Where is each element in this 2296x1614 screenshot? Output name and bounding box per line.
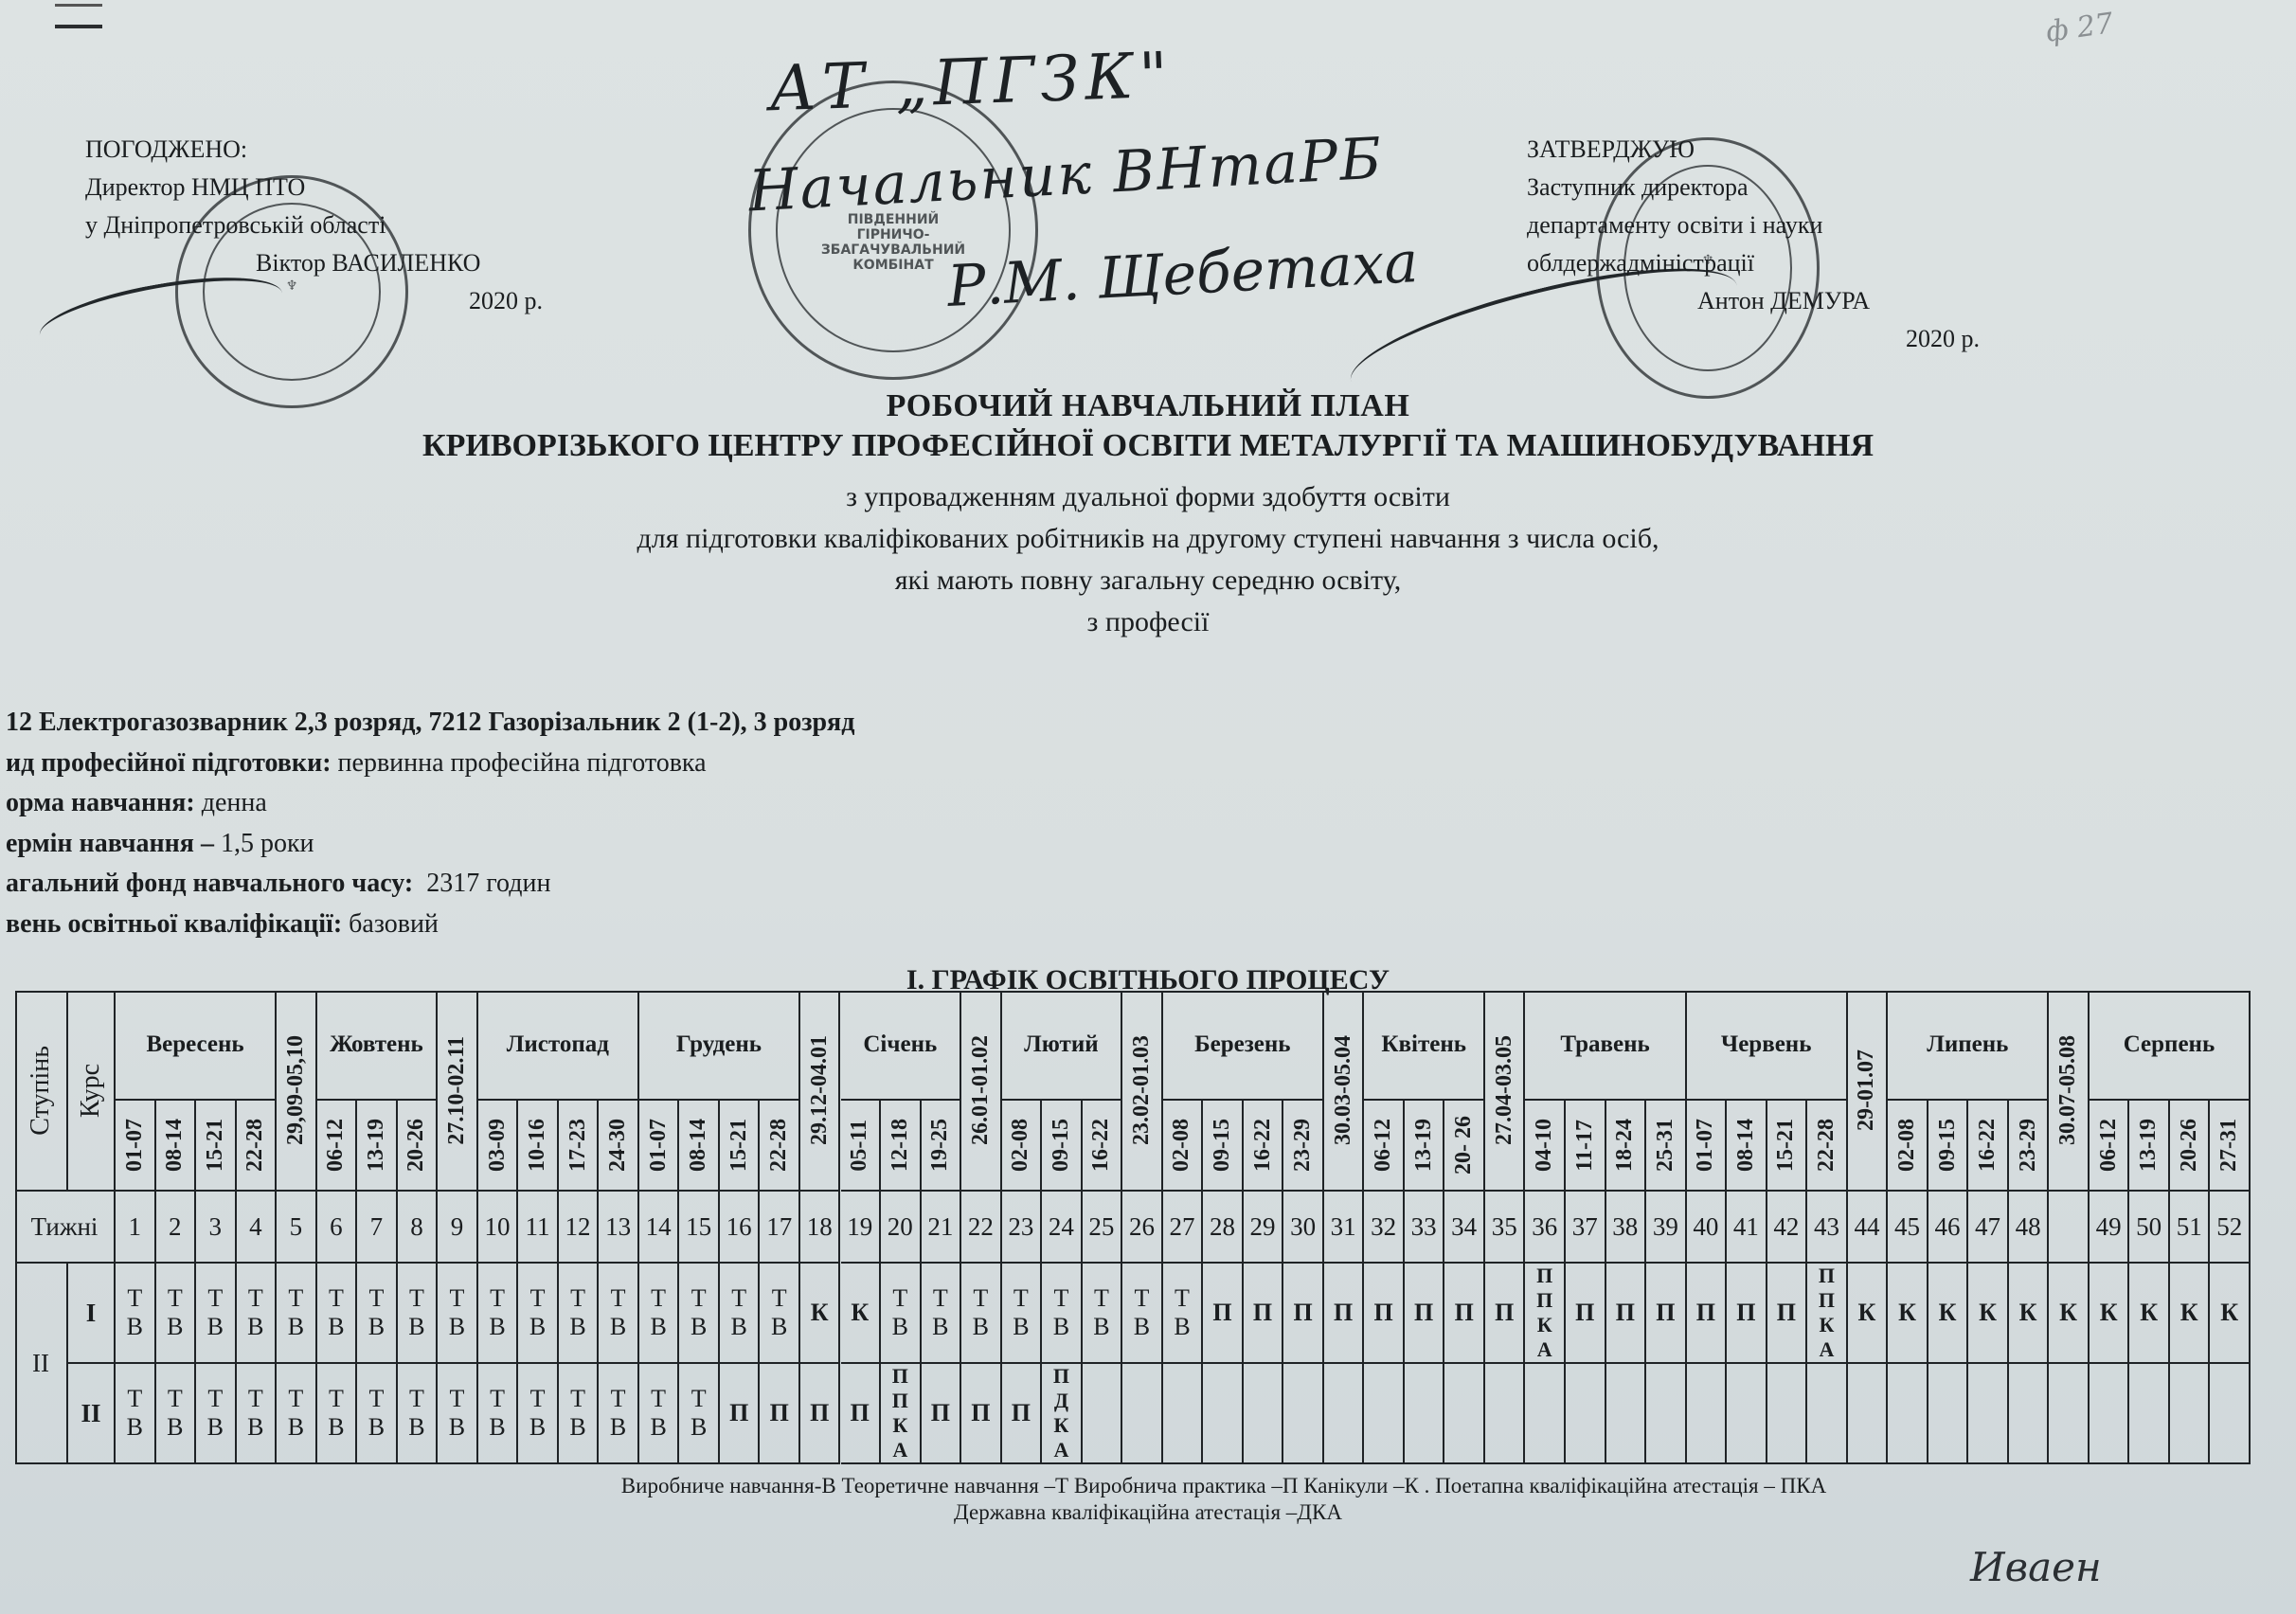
month-header: Липень [1888,991,2049,1101]
qualification-label: вень освітньої кваліфікації: [6,909,342,939]
schedule-cell: ТВ [398,1264,439,1364]
schedule-cell: К [1928,1264,1969,1364]
activity-code: П [810,1399,829,1427]
schedule-cell: П [922,1364,962,1464]
activity-code: Т [127,1284,142,1313]
activity-code: В [328,1313,344,1341]
week-date-range: 01-07 [116,1101,156,1192]
activity-code: Т [1135,1284,1150,1313]
activity-code: Т [409,1284,424,1313]
week-date-range: 02-08 [1888,1101,1928,1192]
week-date-range: 06-12 [2090,1101,2130,1192]
activity-code: В [1013,1313,1029,1341]
month-header: Травень [1525,991,1686,1101]
schedule-cell [1566,1364,1606,1464]
schedule-cell [1848,1364,1889,1464]
schedule-cell: ТВ [156,1364,197,1464]
transition-week-header-text: 30.07-05.08 [2055,1035,2081,1145]
week-date-range: 16-22 [1244,1101,1284,1192]
week-date-range-text: 22-28 [766,1119,792,1172]
schedule-cell: ТВ [679,1264,720,1364]
seal-stamp-center: ПІВДЕННИЙГІРНИЧО-ЗБАГАЧУВАЛЬНИЙКОМБІНАТ [748,81,1038,380]
week-number: 2 [156,1192,197,1264]
plan-info: 12 Електрогазозварник 2,3 розряд, 7212 Г… [6,703,854,944]
approval-name: Антон ДЕМУРА [1527,282,1980,320]
schedule-cell [2170,1364,2211,1464]
subtitle-line: для підготовки кваліфікованих робітників… [0,523,2296,555]
week-number: 35 [1485,1192,1526,1264]
week-date-range: 02-08 [1002,1101,1043,1192]
corner-mark [55,25,102,28]
week-number: 39 [1646,1192,1687,1264]
week-number: 30 [1283,1192,1324,1264]
schedule-cell: ТВ [317,1364,358,1464]
activity-code: К [2100,1299,2118,1327]
activity-code: П [1536,1264,1552,1288]
week-date-range-text: 22-28 [1814,1119,1839,1172]
week-date-range-text: 17-23 [565,1119,591,1172]
course-header: Курс [68,991,116,1192]
handwritten-company: АТ „ПГЗК" [768,39,1175,126]
week-date-range-text: 03-09 [485,1119,511,1172]
week-number: 25 [1083,1192,1123,1264]
schedule-cell [1646,1364,1687,1464]
activity-code: К [1898,1299,1916,1327]
week-date-range-text: 19-25 [927,1119,953,1172]
transition-week-header-text: 27.04-03.05 [1492,1035,1517,1145]
schedule-cell: К [841,1264,882,1364]
study-form-label: орма навчання: [6,788,195,817]
activity-code: В [1134,1313,1150,1341]
approval-heading: ЗАТВЕРДЖУЮ [1527,131,1980,169]
week-date-range: 23-29 [1283,1101,1324,1192]
week-date-range-text: 16-22 [1088,1119,1114,1172]
week-number: 16 [720,1192,761,1264]
schedule-cell: П [800,1364,841,1464]
schedule-cell: ТВ [599,1264,639,1364]
schedule-cell [1324,1364,1365,1464]
activity-code: В [167,1313,183,1341]
schedule-cell: ТВ [599,1364,639,1464]
week-date-range: 17-23 [559,1101,600,1192]
schedule-cell: П [1405,1264,1445,1364]
week-date-range-text: 06-12 [2096,1119,2122,1172]
schedule-cell: К [800,1264,841,1364]
activity-code: Т [490,1385,505,1413]
activity-code: В [167,1413,183,1442]
schedule-cell: П [1646,1264,1687,1364]
week-date-range: 12-18 [881,1101,922,1192]
week-date-range-text: 25-31 [1653,1119,1678,1172]
schedule-cell: ТВ [518,1264,559,1364]
course-header-text: Курс [76,1064,106,1118]
week-date-range-text: 13-19 [1411,1119,1437,1172]
activity-code: В [932,1313,948,1341]
week-number: 27 [1163,1192,1204,1264]
week-number: 29 [1244,1192,1284,1264]
activity-code: Т [368,1385,384,1413]
activity-code: В [408,1413,424,1442]
activity-code: П [931,1399,950,1427]
week-date-range: 22-28 [237,1101,278,1192]
week-date-range-text: 06-12 [1371,1119,1396,1172]
week-date-range-text: 06-12 [323,1119,349,1172]
activity-code: П [892,1389,908,1413]
week-date-range-text: 24-30 [605,1119,631,1172]
week-number: 26 [1122,1192,1163,1264]
month-header: Березень [1163,991,1324,1101]
week-number: 19 [841,1192,882,1264]
schedule-cell: П [1687,1264,1728,1364]
schedule-cell: ТВ [518,1364,559,1464]
week-date-range-text: 16-22 [1975,1119,2000,1172]
schedule-cell: ТВ [961,1264,1002,1364]
week-date-range: 09-15 [1928,1101,1969,1192]
institution-name: КРИВОРІЗЬКОГО ЦЕНТРУ ПРОФЕСІЙНОЇ ОСВІТИ … [0,428,2296,464]
week-date-range-text: 02-08 [1008,1119,1033,1172]
schedule-cell [2049,1364,2090,1464]
week-number: 8 [398,1192,439,1264]
activity-code: В [247,1313,263,1341]
activity-code: Т [892,1284,907,1313]
activity-code: А [1537,1337,1552,1362]
activity-code: В [408,1313,424,1341]
transition-week-header-text: 27.10-02.11 [444,1036,470,1145]
activity-code: П [1819,1288,1835,1313]
week-date-range: 15-21 [1767,1101,1808,1192]
month-header: Лютий [1002,991,1123,1101]
week-number: 14 [639,1192,680,1264]
subtitle-line: з професії [0,606,2296,638]
schedule-cell [1888,1364,1928,1464]
activity-code: Т [288,1385,303,1413]
activity-code: А [1820,1337,1835,1362]
approval-department: департаменту освіти і науки [1527,206,1980,244]
schedule-cell: П [961,1364,1002,1464]
week-number: 37 [1566,1192,1606,1264]
week-number: 23 [1002,1192,1043,1264]
schedule-cell: П [760,1364,800,1464]
week-number: 47 [1968,1192,2009,1264]
activity-code: В [127,1413,143,1442]
schedule-cell [1687,1364,1728,1464]
activity-code: В [650,1413,666,1442]
approval-approved-block: ЗАТВЕРДЖУЮ Заступник директора департаме… [1527,131,1980,358]
approval-position: Заступник директора [1527,169,1980,206]
activity-code: Т [570,1284,585,1313]
activity-code: П [1414,1299,1433,1327]
week-number: 28 [1203,1192,1244,1264]
activity-code: Т [691,1284,707,1313]
activity-code: Т [570,1385,585,1413]
activity-code: Т [731,1284,746,1313]
schedule-cell: ТВ [760,1264,800,1364]
schedule-cell [2210,1364,2251,1464]
training-type-label: ид професійної підготовки: [6,748,332,778]
activity-code: П [1656,1299,1675,1327]
week-number: 40 [1687,1192,1728,1264]
activity-code: К [2220,1299,2238,1327]
activity-code: П [729,1399,748,1427]
week-date-range-text: 01-07 [1693,1119,1718,1172]
week-date-range: 25-31 [1646,1101,1687,1192]
activity-code: П [1374,1299,1393,1327]
week-date-range: 06-12 [317,1101,358,1192]
week-date-range-text: 02-08 [1894,1119,1920,1172]
activity-code: В [529,1413,546,1442]
week-number: 11 [518,1192,559,1264]
week-date-range-text: 23-29 [1290,1119,1316,1172]
schedule-cell: К [1968,1264,2009,1364]
week-number: 34 [1444,1192,1485,1264]
week-date-range-text: 11-17 [1572,1120,1598,1172]
activity-code: В [207,1413,224,1442]
week-date-range: 02-08 [1163,1101,1204,1192]
schedule-cell: ТВ [317,1264,358,1364]
schedule-cell: П [1203,1264,1244,1364]
schedule-cell [1727,1364,1767,1464]
week-date-range: 01-07 [1687,1101,1728,1192]
schedule-cell [1928,1364,1969,1464]
schedule-cell: ППКА [1807,1264,1848,1364]
activity-code: К [1979,1299,1997,1327]
schedule-cell: ППКА [881,1364,922,1464]
week-number: 51 [2170,1192,2211,1264]
activity-code: Т [329,1284,344,1313]
schedule-cell: ТВ [357,1364,398,1464]
transition-week-header: 29,09-05,10 [277,991,317,1192]
activity-code: В [892,1313,908,1341]
week-date-range-text: 22-28 [242,1119,268,1172]
week-date-range-text: 16-22 [1250,1119,1276,1172]
schedule-cell: ТВ [639,1264,680,1364]
schedule-cell: ТВ [720,1264,761,1364]
transition-week-header-text: 29-01.07 [1854,1049,1879,1131]
activity-code: К [1858,1299,1876,1327]
week-number: 17 [760,1192,800,1264]
schedule-cell: П [1727,1264,1767,1364]
week-number: 42 [1767,1192,1808,1264]
approval-administration: облдержадміністрації [1527,244,1980,282]
week-date-range: 23-29 [2009,1101,2050,1192]
activity-code: К [811,1299,829,1327]
schedule-cell: ТВ [922,1264,962,1364]
week-number: 1 [116,1192,156,1264]
schedule-cell [2129,1364,2170,1464]
schedule-cell [1083,1364,1123,1464]
schedule-cell: К [2049,1264,2090,1364]
schedule-cell: ТВ [478,1364,519,1464]
schedule-cell: ТВ [1002,1264,1043,1364]
month-header: Вересень [116,991,277,1101]
schedule-cell [1968,1364,2009,1464]
activity-code: В [489,1313,505,1341]
activity-code: Т [450,1284,465,1313]
week-date-range: 27-31 [2210,1101,2251,1192]
schedule-cell: К [1848,1264,1889,1364]
week-number: 5 [277,1192,317,1264]
activity-code: П [892,1364,908,1389]
week-date-range: 20- 26 [1444,1101,1485,1192]
schedule-cell: П [720,1364,761,1464]
activity-code: П [1212,1299,1231,1327]
activity-code: Т [127,1385,142,1413]
activity-code: К [2140,1299,2158,1327]
week-date-range-text: 15-21 [726,1119,752,1172]
month-header: Листопад [478,991,639,1101]
transition-week-header: 27.04-03.05 [1485,991,1526,1192]
week-date-range: 16-22 [1083,1101,1123,1192]
week-number: 7 [357,1192,398,1264]
schedule-cell: ТВ [196,1364,237,1464]
activity-code: П [1495,1299,1514,1327]
activity-code: Т [530,1284,546,1313]
activity-code: В [449,1313,465,1341]
transition-week-header: 29.12-04.01 [800,991,841,1192]
activity-code: П [1696,1299,1715,1327]
week-number: 10 [478,1192,519,1264]
week-date-range: 20-26 [2170,1101,2211,1192]
activity-code: К [1053,1413,1068,1438]
activity-code: Т [651,1385,666,1413]
approval-position: Директор НМЦ ПТО [85,169,543,206]
schedule-cell: П [1566,1264,1606,1364]
approval-date: 2020 р. [1527,320,1980,358]
week-number: 50 [2129,1192,2170,1264]
weeks-label: Тижні [15,1192,116,1264]
month-header: Квітень [1364,991,1485,1101]
activity-code: Д [1054,1389,1068,1413]
week-date-range: 08-14 [156,1101,197,1192]
schedule-cell: ТВ [1163,1264,1204,1364]
activity-code: В [328,1413,344,1442]
week-number: 15 [679,1192,720,1264]
profession: 12 Електрогазозварник 2,3 розряд, 7212 Г… [6,708,854,737]
activity-code: Т [329,1385,344,1413]
schedule-cell [1283,1364,1324,1464]
activity-code: В [368,1413,385,1442]
activity-code: Т [973,1284,988,1313]
transition-week-header-text: 30.03-05.04 [1331,1035,1356,1145]
schedule-cell [1405,1364,1445,1464]
month-header: Жовтень [317,991,439,1101]
week-date-range: 09-15 [1042,1101,1083,1192]
schedule-table: СтупіньКурсВересень29,09-05,10Жовтень27.… [15,991,2251,1464]
week-number: 45 [1888,1192,1928,1264]
activity-code: Т [409,1385,424,1413]
schedule-cell: ТВ [1042,1264,1083,1364]
month-header: Червень [1687,991,1848,1101]
week-date-range-text: 09-15 [1210,1119,1235,1172]
activity-code: П [1334,1299,1353,1327]
activity-code: Т [772,1284,787,1313]
activity-code: В [691,1413,707,1442]
schedule-cell [1364,1364,1405,1464]
week-date-range: 08-14 [1727,1101,1767,1192]
activity-code: В [731,1313,747,1341]
week-number: 43 [1807,1192,1848,1264]
week-date-range: 15-21 [196,1101,237,1192]
activity-code: Т [368,1284,384,1313]
activity-code: Т [248,1385,263,1413]
week-date-range: 20-26 [398,1101,439,1192]
schedule-cell [1244,1364,1284,1464]
activity-code: В [368,1313,385,1341]
transition-week-header-text: 29,09-05,10 [283,1035,309,1145]
schedule-cell: К [2210,1264,2251,1364]
activity-code: К [2019,1299,2037,1327]
activity-code: Т [691,1385,707,1413]
week-date-range: 15-21 [720,1101,761,1192]
activity-code: Т [168,1284,183,1313]
week-number: 31 [1324,1192,1365,1264]
week-date-range-text: 05-11 [847,1120,872,1172]
week-date-range: 11-17 [1566,1101,1606,1192]
schedule-cell: ТВ [196,1264,237,1364]
activity-code: П [1819,1264,1835,1288]
week-date-range-text: 08-14 [162,1119,188,1172]
week-number: 21 [922,1192,962,1264]
week-date-range: 13-19 [357,1101,398,1192]
activity-code: Т [1013,1284,1029,1313]
activity-code: К [892,1413,907,1438]
week-number: 46 [1928,1192,1969,1264]
week-date-range: 16-22 [1968,1101,2009,1192]
activity-code: П [770,1399,789,1427]
week-date-range-text: 20-26 [2177,1119,2202,1172]
week-date-range-text: 04-10 [1532,1119,1557,1172]
month-header: Січень [841,991,962,1101]
schedule-cell: ТВ [679,1364,720,1464]
transition-week-header-text: 26.01-01.02 [968,1035,994,1145]
activity-code: Т [490,1284,505,1313]
schedule-cell: П [1364,1264,1405,1364]
schedule-cell: ТВ [438,1364,478,1464]
schedule-cell: ТВ [559,1364,600,1464]
activity-code: Т [1175,1284,1190,1313]
week-number: 52 [2210,1192,2251,1264]
activity-code: П [1536,1288,1552,1313]
activity-code: В [1093,1313,1109,1341]
week-number: 33 [1405,1192,1445,1264]
activity-code: А [1053,1438,1068,1462]
activity-code: П [971,1399,990,1427]
week-date-range: 18-24 [1606,1101,1647,1192]
month-header: Грудень [639,991,800,1101]
activity-code: В [247,1413,263,1442]
transition-week-header-text: 23.02-01.03 [1129,1035,1155,1145]
week-date-range-text: 20-26 [404,1119,429,1172]
week-number: 6 [317,1192,358,1264]
schedule-cell [1525,1364,1566,1464]
week-number: 18 [800,1192,841,1264]
transition-week-header: 23.02-01.03 [1122,991,1163,1192]
activity-code: Т [651,1284,666,1313]
schedule-cell: ТВ [277,1364,317,1464]
month-header: Серпень [2090,991,2251,1101]
week-date-range-text: 27-31 [2216,1119,2242,1172]
week-date-range: 13-19 [2129,1101,2170,1192]
week-date-range-text: 13-19 [2136,1119,2161,1172]
week-date-range: 24-30 [599,1101,639,1192]
activity-code: Т [611,1385,626,1413]
page-reference-note: ф 27 [2044,7,2115,49]
week-date-range: 13-19 [1405,1101,1445,1192]
schedule-cell: П [1485,1264,1526,1364]
schedule-cell [1807,1364,1848,1464]
activity-code: П [1736,1299,1755,1327]
week-date-range-text: 09-15 [1935,1119,1961,1172]
